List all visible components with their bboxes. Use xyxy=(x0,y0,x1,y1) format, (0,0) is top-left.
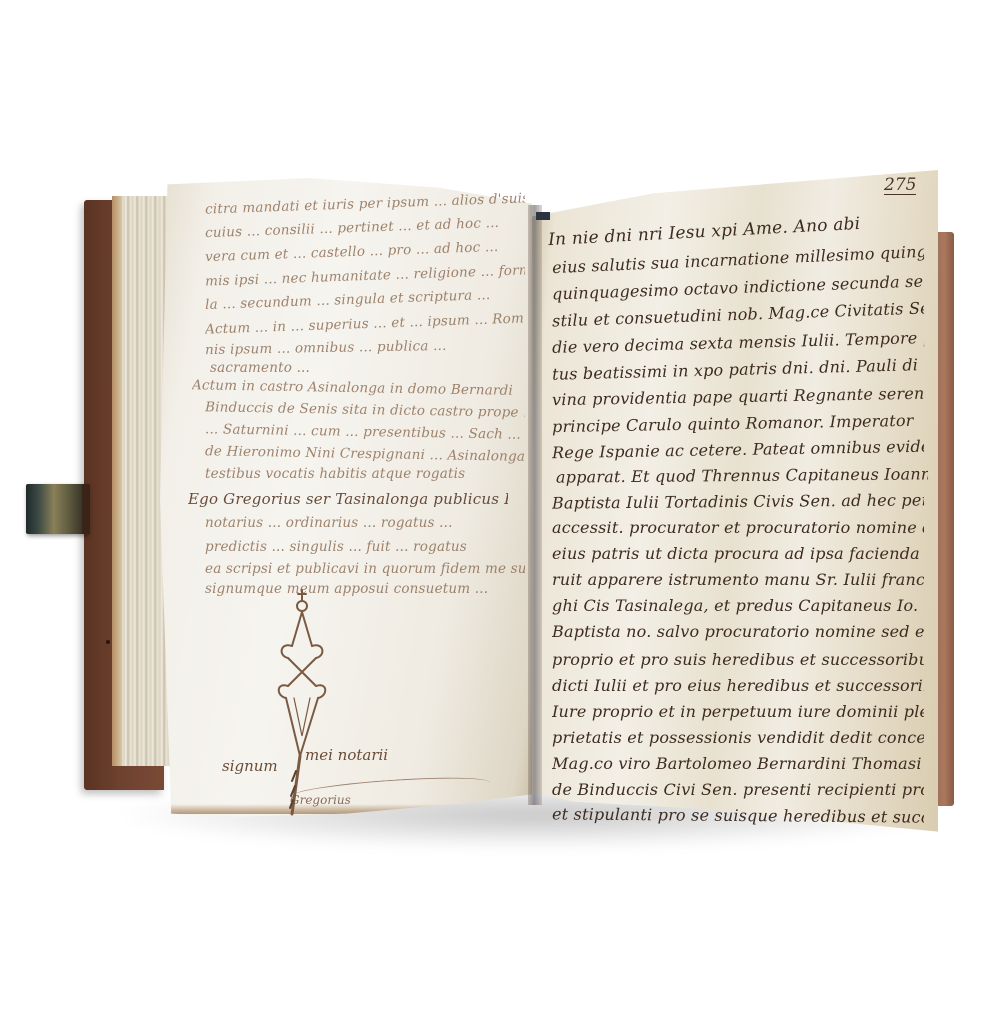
notary-subscription-line: Ego Gregorius ser Tasinalonga publicus I… xyxy=(188,490,508,508)
manuscript-line: apparat. Et quod Thrennus Capitaneus Ioa… xyxy=(556,464,928,486)
notary-sign-caption-left: signum xyxy=(222,757,278,775)
clasp-icon xyxy=(26,484,88,534)
page-stack-tan-edge xyxy=(112,196,122,766)
manuscript-line: proprio et pro suis heredibus et success… xyxy=(552,650,924,669)
page-number: 275 xyxy=(884,176,916,195)
manuscript-line: testibus vocatis habitis atque rogatis xyxy=(205,466,465,482)
manuscript-line: notarius ... ordinarius ... rogatus ... xyxy=(205,515,453,531)
manuscript-line: eius patris ut dicta procura ad ipsa fac… xyxy=(552,544,924,563)
manuscript-line: Baptista no. salvo procuratorio nomine s… xyxy=(552,622,924,641)
manuscript-line: ea scripsi et publicavi in quorum fidem … xyxy=(205,561,525,577)
binding-thread xyxy=(536,212,550,220)
manuscript-line: ghi Cis Tasinalega, et predus Capitaneus… xyxy=(552,596,918,615)
manuscript-line: Iure proprio et in perpetuum iure domini… xyxy=(552,702,924,721)
manuscript-line: prietatis et possessionis vendidit dedit… xyxy=(552,728,924,747)
manuscript-line: Baptista Iulii Tortadinis Civis Sen. ad … xyxy=(552,490,924,512)
manuscript-line: dicti Iulii et pro eius heredibus et suc… xyxy=(552,676,924,695)
manuscript-line: de Binduccis Civi Sen. presenti recipien… xyxy=(552,780,924,799)
manuscript-line: ruit apparere istrumento manu Sr. Iulii … xyxy=(552,570,924,589)
book-gutter xyxy=(528,205,542,805)
manuscript-line: accessit. procurator et procuratorio nom… xyxy=(552,518,924,537)
manuscript-line: sacramento ... xyxy=(210,360,310,376)
notary-sign-caption-right: mei notarii xyxy=(305,746,388,764)
manuscript-line: Mag.co viro Bartolomeo Bernardini Thomas… xyxy=(552,754,922,773)
notary-signum-icon xyxy=(262,586,342,816)
cover-nail-hole xyxy=(106,640,110,644)
manuscript-line: signumque meum apposui consuetum ... xyxy=(205,581,488,597)
manuscript-line: predictis ... singulis ... fuit ... roga… xyxy=(205,539,467,555)
manuscript-line: et stipulanti pro se suisque heredibus e… xyxy=(552,804,924,826)
